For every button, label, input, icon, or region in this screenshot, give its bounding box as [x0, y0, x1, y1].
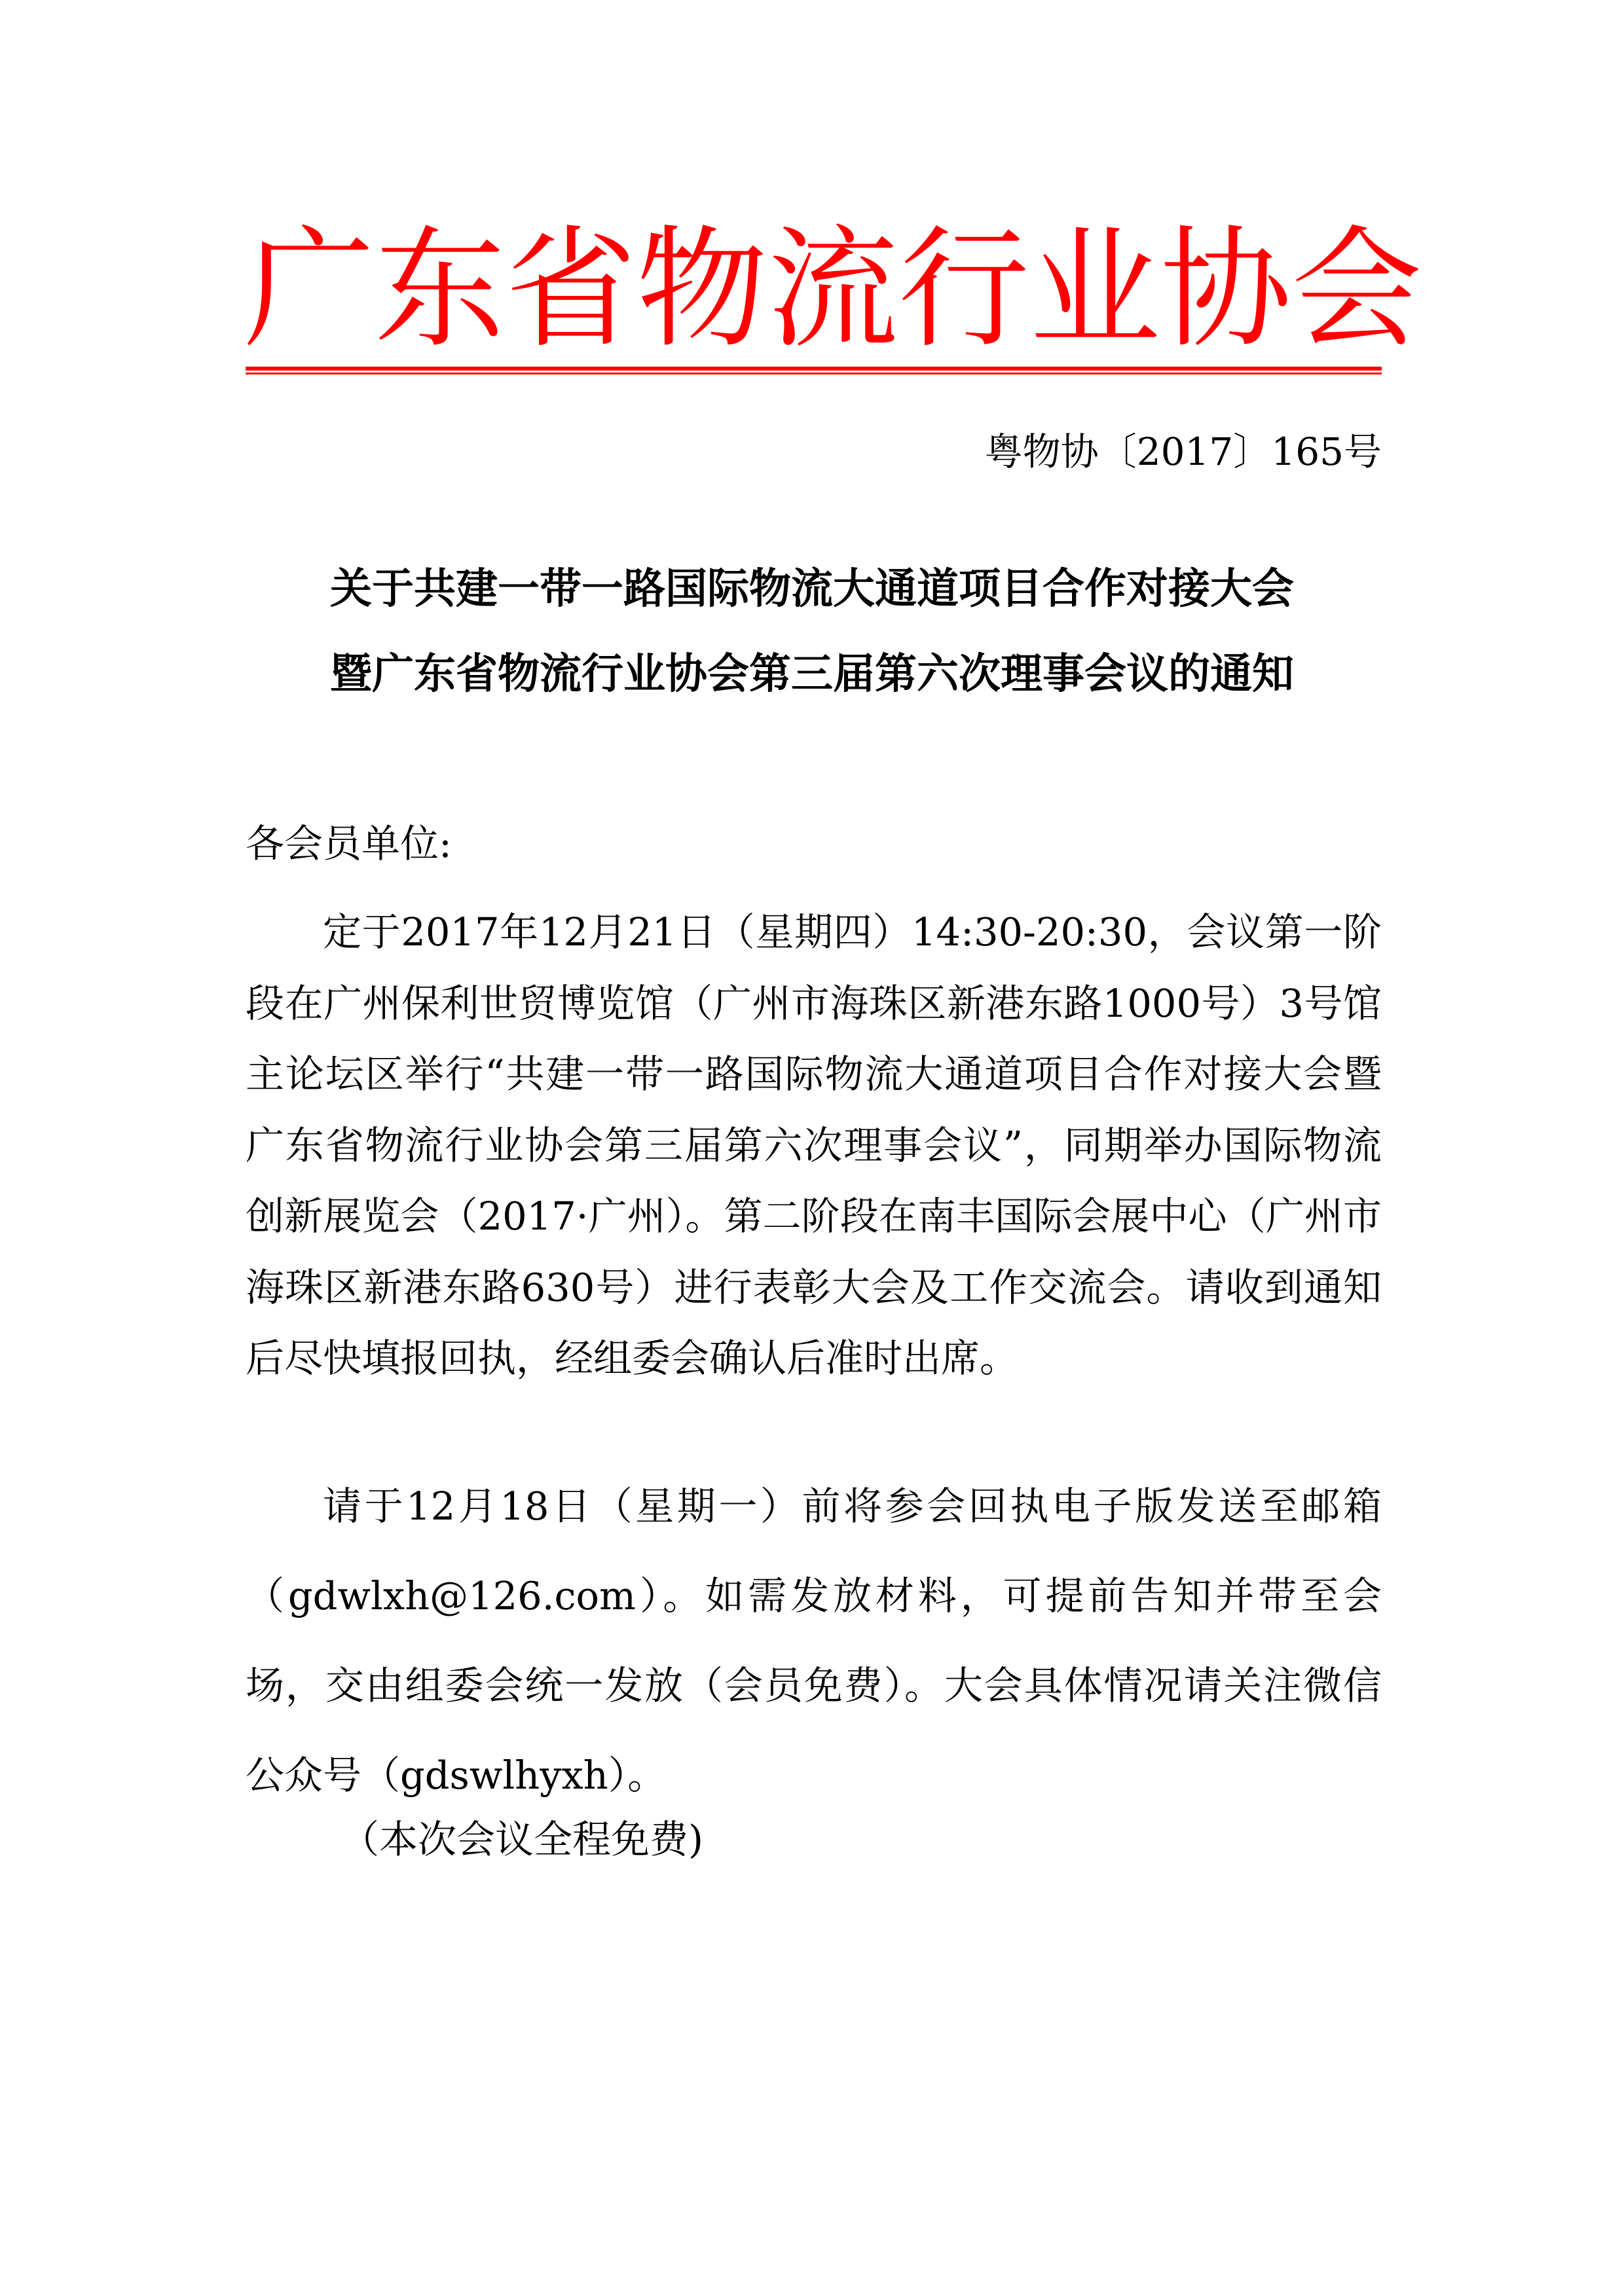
- document-number: 粤物协〔2017〕165号: [985, 429, 1382, 475]
- letterhead-rule-thin: [246, 373, 1382, 374]
- letterhead-organization-name: 广东省物流行业协会: [244, 216, 1382, 367]
- free-of-charge-note: （本次会议全程免费): [341, 1813, 703, 1866]
- body-paragraph-meeting-details: 定于2017年12月21日（星期四）14:30-20:30，会议第一阶段在广州保…: [246, 897, 1382, 1394]
- letterhead-rule-thick: [246, 367, 1382, 371]
- document-title-line-1: 关于共建一带一路国际物流大通道项目合作对接大会: [0, 563, 1624, 615]
- body-paragraph-registration: 请于12月18日（星期一）前将参会回执电子版发送至邮箱（gdwlxh@126.c…: [246, 1461, 1382, 1820]
- document-title-line-2: 暨广东省物流行业协会第三届第六次理事会议的通知: [0, 648, 1624, 701]
- salutation: 各会员单位:: [246, 809, 1382, 879]
